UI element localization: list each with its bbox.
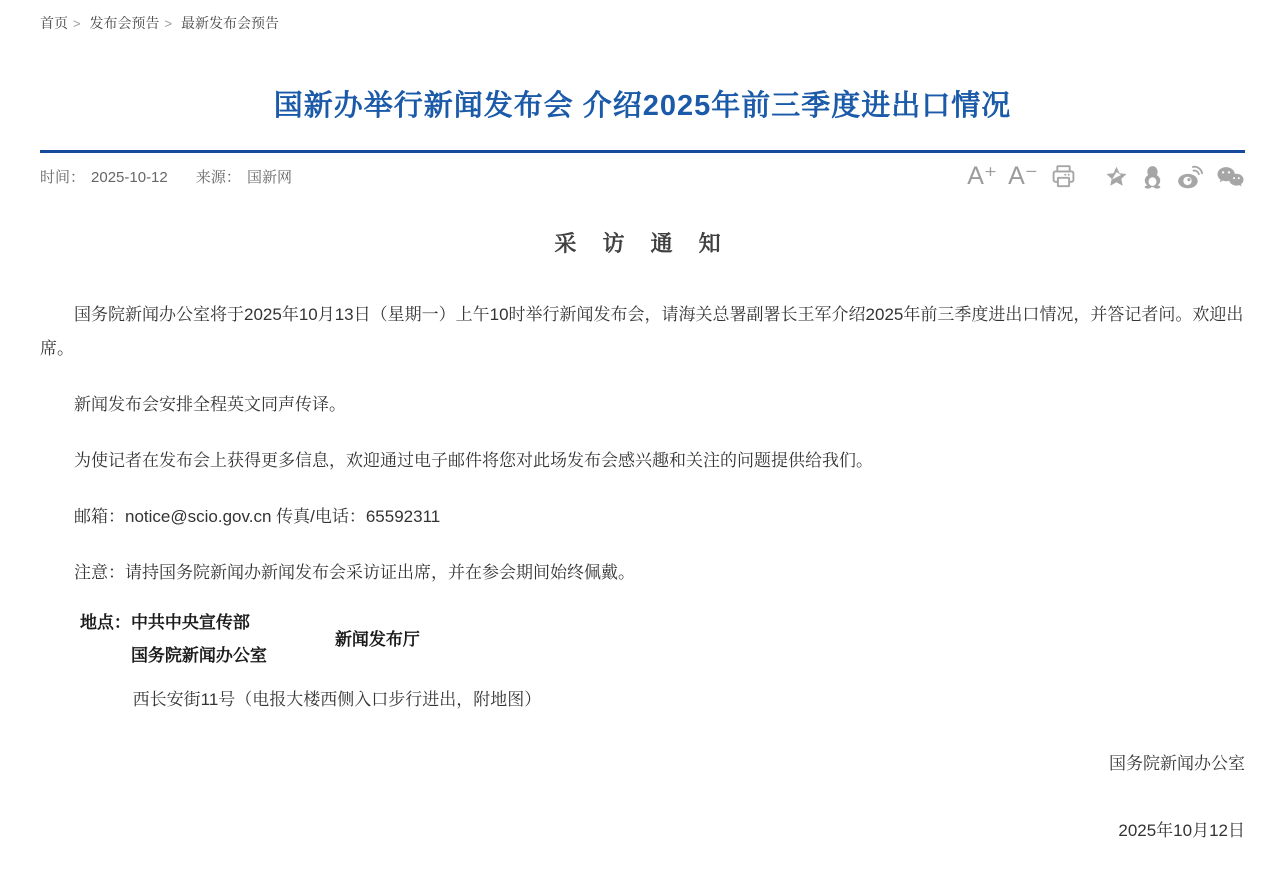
- font-increase-button[interactable]: A⁺: [967, 164, 997, 189]
- paragraph-interpretation: 新闻发布会安排全程英文同声传译。: [40, 388, 1245, 422]
- page-title: 国新办举行新闻发布会 介绍2025年前三季度进出口情况: [40, 83, 1245, 124]
- paragraph-announcement: 国务院新闻办公室将于2025年10月13日（星期一）上午10时举行新闻发布会，请…: [40, 298, 1245, 366]
- breadcrumb-home[interactable]: 首页: [40, 15, 68, 31]
- location-address: 西长安街11号（电报大楼西侧入口步行进出，附地图）: [40, 683, 1245, 717]
- breadcrumb-separator: >: [164, 16, 172, 31]
- breadcrumb: 首页> 发布会预告> 最新发布会预告: [40, 0, 1245, 33]
- signature-date: 2025年10月12日: [40, 816, 1245, 841]
- paragraph-badge-notice: 注意：请持国务院新闻办新闻发布会采访证出席，并在参会期间始终佩戴。: [40, 556, 1245, 590]
- weibo-icon[interactable]: [1176, 164, 1204, 189]
- location-lines: 中共中央宣传部 国务院新闻办公室: [131, 612, 267, 667]
- qq-penguin-icon[interactable]: [1140, 164, 1165, 190]
- page: 首页> 发布会预告> 最新发布会预告 国新办举行新闻发布会 介绍2025年前三季…: [0, 0, 1265, 871]
- source-label: 来源：: [196, 169, 241, 186]
- time-label: 时间：: [40, 169, 85, 186]
- location-hall: 新闻发布厅: [335, 629, 420, 651]
- paragraph-contact: 邮箱：notice@scio.gov.cn 传真/电话：65592311: [40, 500, 1245, 534]
- article-body: 采 访 通 知 国务院新闻办公室将于2025年10月13日（星期一）上午10时举…: [40, 227, 1245, 841]
- wechat-icon[interactable]: [1215, 164, 1245, 189]
- qzone-star-icon[interactable]: [1104, 165, 1129, 189]
- breadcrumb-separator: >: [73, 16, 81, 31]
- location-line-2: 国务院新闻办公室: [131, 645, 267, 667]
- article-meta: 时间：2025-10-12 来源：国新网: [40, 166, 316, 187]
- meta-row: 时间：2025-10-12 来源：国新网 A⁺ A⁻: [40, 153, 1245, 189]
- breadcrumb-latest-preview[interactable]: 最新发布会预告: [181, 15, 279, 31]
- paragraph-questions: 为使记者在发布会上获得更多信息，欢迎通过电子邮件将您对此场发布会感兴趣和关注的问…: [40, 444, 1245, 478]
- signature-org: 国务院新闻办公室: [40, 749, 1245, 774]
- share-toolbar: A⁺ A⁻: [967, 163, 1245, 190]
- font-decrease-button[interactable]: A⁻: [1008, 164, 1038, 189]
- time-value: 2025-10-12: [91, 169, 168, 186]
- breadcrumb-press-preview[interactable]: 发布会预告: [89, 15, 159, 31]
- location-label: 地点：: [80, 612, 131, 634]
- print-icon[interactable]: [1049, 163, 1078, 190]
- notice-heading: 采 访 通 知: [40, 227, 1245, 258]
- location-block: 地点： 中共中央宣传部 国务院新闻办公室 新闻发布厅: [40, 612, 1245, 667]
- source-value: 国新网: [247, 169, 292, 186]
- location-line-1: 中共中央宣传部: [131, 612, 267, 634]
